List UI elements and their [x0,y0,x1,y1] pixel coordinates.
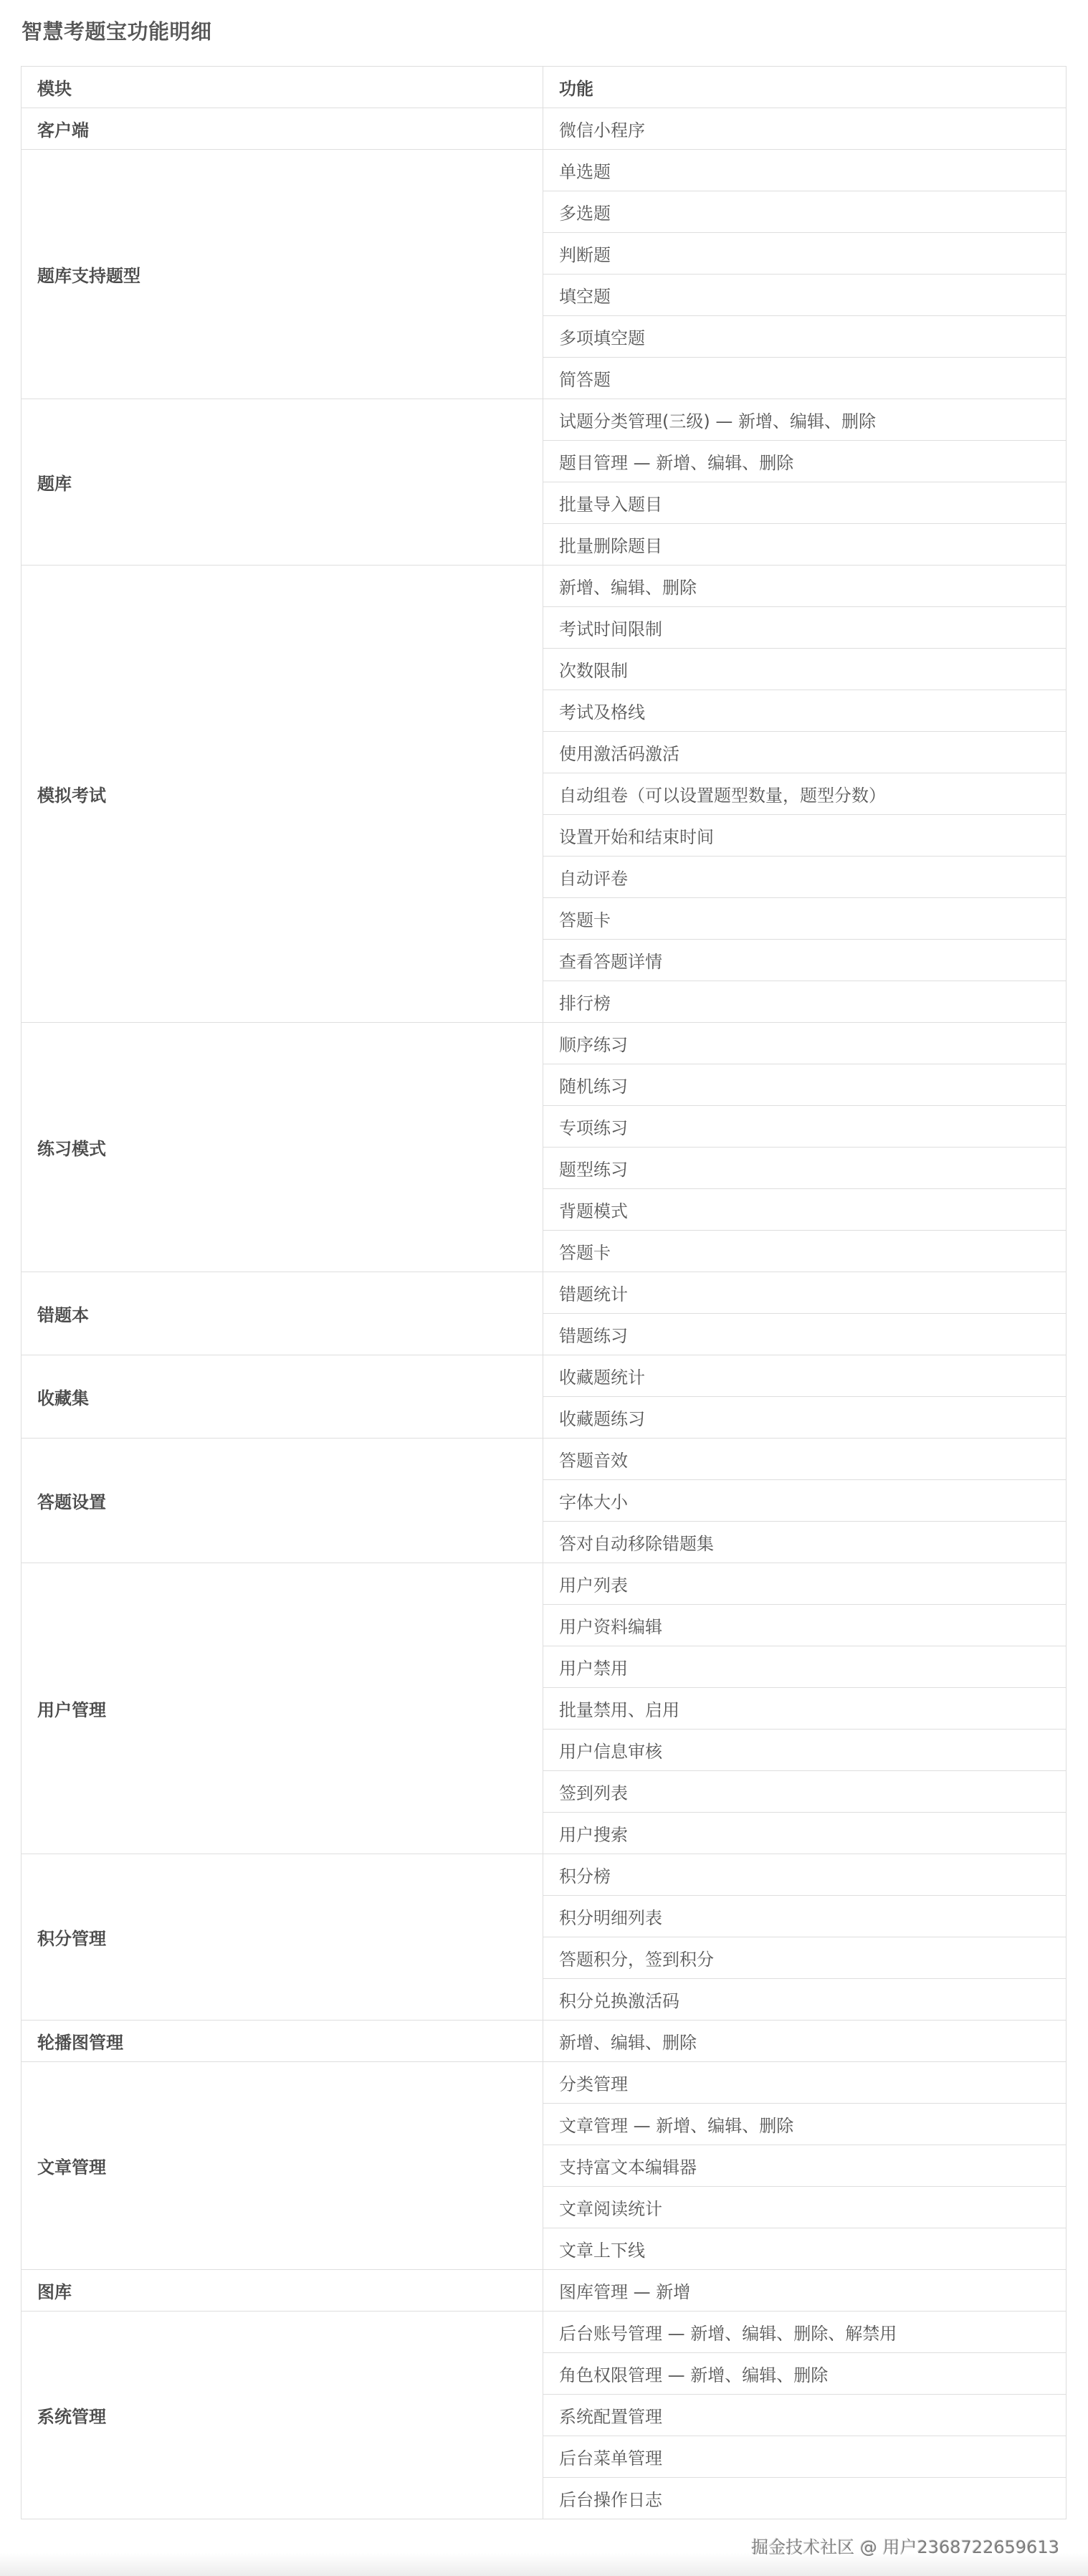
feature-cell: 后台操作日志 [543,2478,1066,2519]
feature-cell: 文章阅读统计 [543,2187,1066,2228]
feature-cell: 顺序练习 [543,1023,1066,1064]
feature-cell: 字体大小 [543,1480,1066,1522]
feature-cell: 文章上下线 [543,2228,1066,2270]
feature-cell: 用户搜索 [543,1813,1066,1854]
module-cell: 收藏集 [22,1355,543,1439]
module-cell: 题库支持题型 [22,150,543,399]
feature-cell: 用户资料编辑 [543,1605,1066,1646]
feature-cell: 多选题 [543,191,1066,233]
feature-cell: 判断题 [543,233,1066,275]
module-cell: 积分管理 [22,1854,543,2021]
feature-cell: 查看答题详情 [543,940,1066,981]
feature-cell: 批量禁用、启用 [543,1688,1066,1730]
feature-cell: 自动组卷（可以设置题型数量，题型分数） [543,773,1066,815]
module-cell: 题库 [22,399,543,566]
feature-cell: 支持富文本编辑器 [543,2145,1066,2187]
feature-cell: 考试时间限制 [543,607,1066,649]
module-cell: 错题本 [22,1272,543,1355]
table-row: 用户管理用户列表 [22,1563,1066,1605]
feature-cell: 设置开始和结束时间 [543,815,1066,857]
feature-cell: 次数限制 [543,649,1066,690]
feature-cell: 新增、编辑、删除 [543,566,1066,607]
table-row: 轮播图管理新增、编辑、删除 [22,2021,1066,2062]
table-row: 模拟考试新增、编辑、删除 [22,566,1066,607]
feature-cell: 图库管理 — 新增 [543,2270,1066,2312]
feature-cell: 收藏题统计 [543,1355,1066,1397]
table-row: 收藏集收藏题统计 [22,1355,1066,1397]
module-cell: 轮播图管理 [22,2021,543,2062]
feature-cell: 积分明细列表 [543,1896,1066,1937]
table-row: 练习模式顺序练习 [22,1023,1066,1064]
feature-cell: 试题分类管理(三级) — 新增、编辑、删除 [543,399,1066,441]
table-row: 客户端微信小程序 [22,108,1066,150]
feature-cell: 答题音效 [543,1439,1066,1480]
feature-cell: 后台菜单管理 [543,2436,1066,2478]
table-row: 题库支持题型单选题 [22,150,1066,191]
module-cell: 模拟考试 [22,566,543,1023]
feature-cell: 排行榜 [543,981,1066,1023]
feature-cell: 答题积分，签到积分 [543,1937,1066,1979]
table-row: 文章管理分类管理 [22,2062,1066,2104]
feature-cell: 错题统计 [543,1272,1066,1314]
feature-cell: 简答题 [543,358,1066,399]
table-row: 图库图库管理 — 新增 [22,2270,1066,2312]
module-cell: 客户端 [22,108,543,150]
feature-cell: 后台账号管理 — 新增、编辑、删除、解禁用 [543,2312,1066,2353]
table-row: 系统管理后台账号管理 — 新增、编辑、删除、解禁用 [22,2312,1066,2353]
module-cell: 答题设置 [22,1439,543,1563]
module-cell: 图库 [22,2270,543,2312]
module-cell: 系统管理 [22,2312,543,2519]
feature-table: 模块 功能 客户端微信小程序题库支持题型单选题多选题判断题填空题多项填空题简答题… [21,66,1066,2519]
feature-cell: 积分榜 [543,1854,1066,1896]
feature-cell: 单选题 [543,150,1066,191]
feature-cell: 文章管理 — 新增、编辑、删除 [543,2104,1066,2145]
page-title: 智慧考题宝功能明细 [22,16,212,45]
feature-cell: 积分兑换激活码 [543,1979,1066,2021]
feature-cell: 多项填空题 [543,316,1066,358]
feature-cell: 答题卡 [543,1231,1066,1272]
feature-cell: 微信小程序 [543,108,1066,150]
feature-cell: 题型练习 [543,1148,1066,1189]
column-header-feature: 功能 [543,67,1066,108]
feature-cell: 专项练习 [543,1106,1066,1148]
watermark: 掘金技术社区 @ 用户2368722659613 [751,2533,1059,2558]
feature-cell: 用户列表 [543,1563,1066,1605]
feature-cell: 考试及格线 [543,690,1066,732]
feature-cell: 随机练习 [543,1064,1066,1106]
feature-cell: 使用激活码激活 [543,732,1066,773]
feature-cell: 题目管理 — 新增、编辑、删除 [543,441,1066,482]
module-cell: 用户管理 [22,1563,543,1854]
feature-cell: 角色权限管理 — 新增、编辑、删除 [543,2353,1066,2395]
feature-cell: 收藏题练习 [543,1397,1066,1439]
table-row: 积分管理积分榜 [22,1854,1066,1896]
feature-cell: 批量导入题目 [543,482,1066,524]
feature-cell: 新增、编辑、删除 [543,2021,1066,2062]
table-header-row: 模块 功能 [22,67,1066,108]
module-cell: 文章管理 [22,2062,543,2270]
feature-cell: 用户禁用 [543,1646,1066,1688]
feature-cell: 签到列表 [543,1771,1066,1813]
feature-cell: 自动评卷 [543,857,1066,898]
module-cell: 练习模式 [22,1023,543,1272]
feature-cell: 错题练习 [543,1314,1066,1355]
feature-cell: 用户信息审核 [543,1730,1066,1771]
feature-cell: 答题卡 [543,898,1066,940]
table-body: 客户端微信小程序题库支持题型单选题多选题判断题填空题多项填空题简答题题库试题分类… [22,108,1066,2519]
table-row: 错题本错题统计 [22,1272,1066,1314]
feature-cell: 批量删除题目 [543,524,1066,566]
feature-cell: 填空题 [543,275,1066,316]
column-header-module: 模块 [22,67,543,108]
feature-cell: 背题模式 [543,1189,1066,1231]
table-row: 答题设置答题音效 [22,1439,1066,1480]
feature-cell: 系统配置管理 [543,2395,1066,2436]
feature-cell: 分类管理 [543,2062,1066,2104]
feature-cell: 答对自动移除错题集 [543,1522,1066,1563]
table-row: 题库试题分类管理(三级) — 新增、编辑、删除 [22,399,1066,441]
